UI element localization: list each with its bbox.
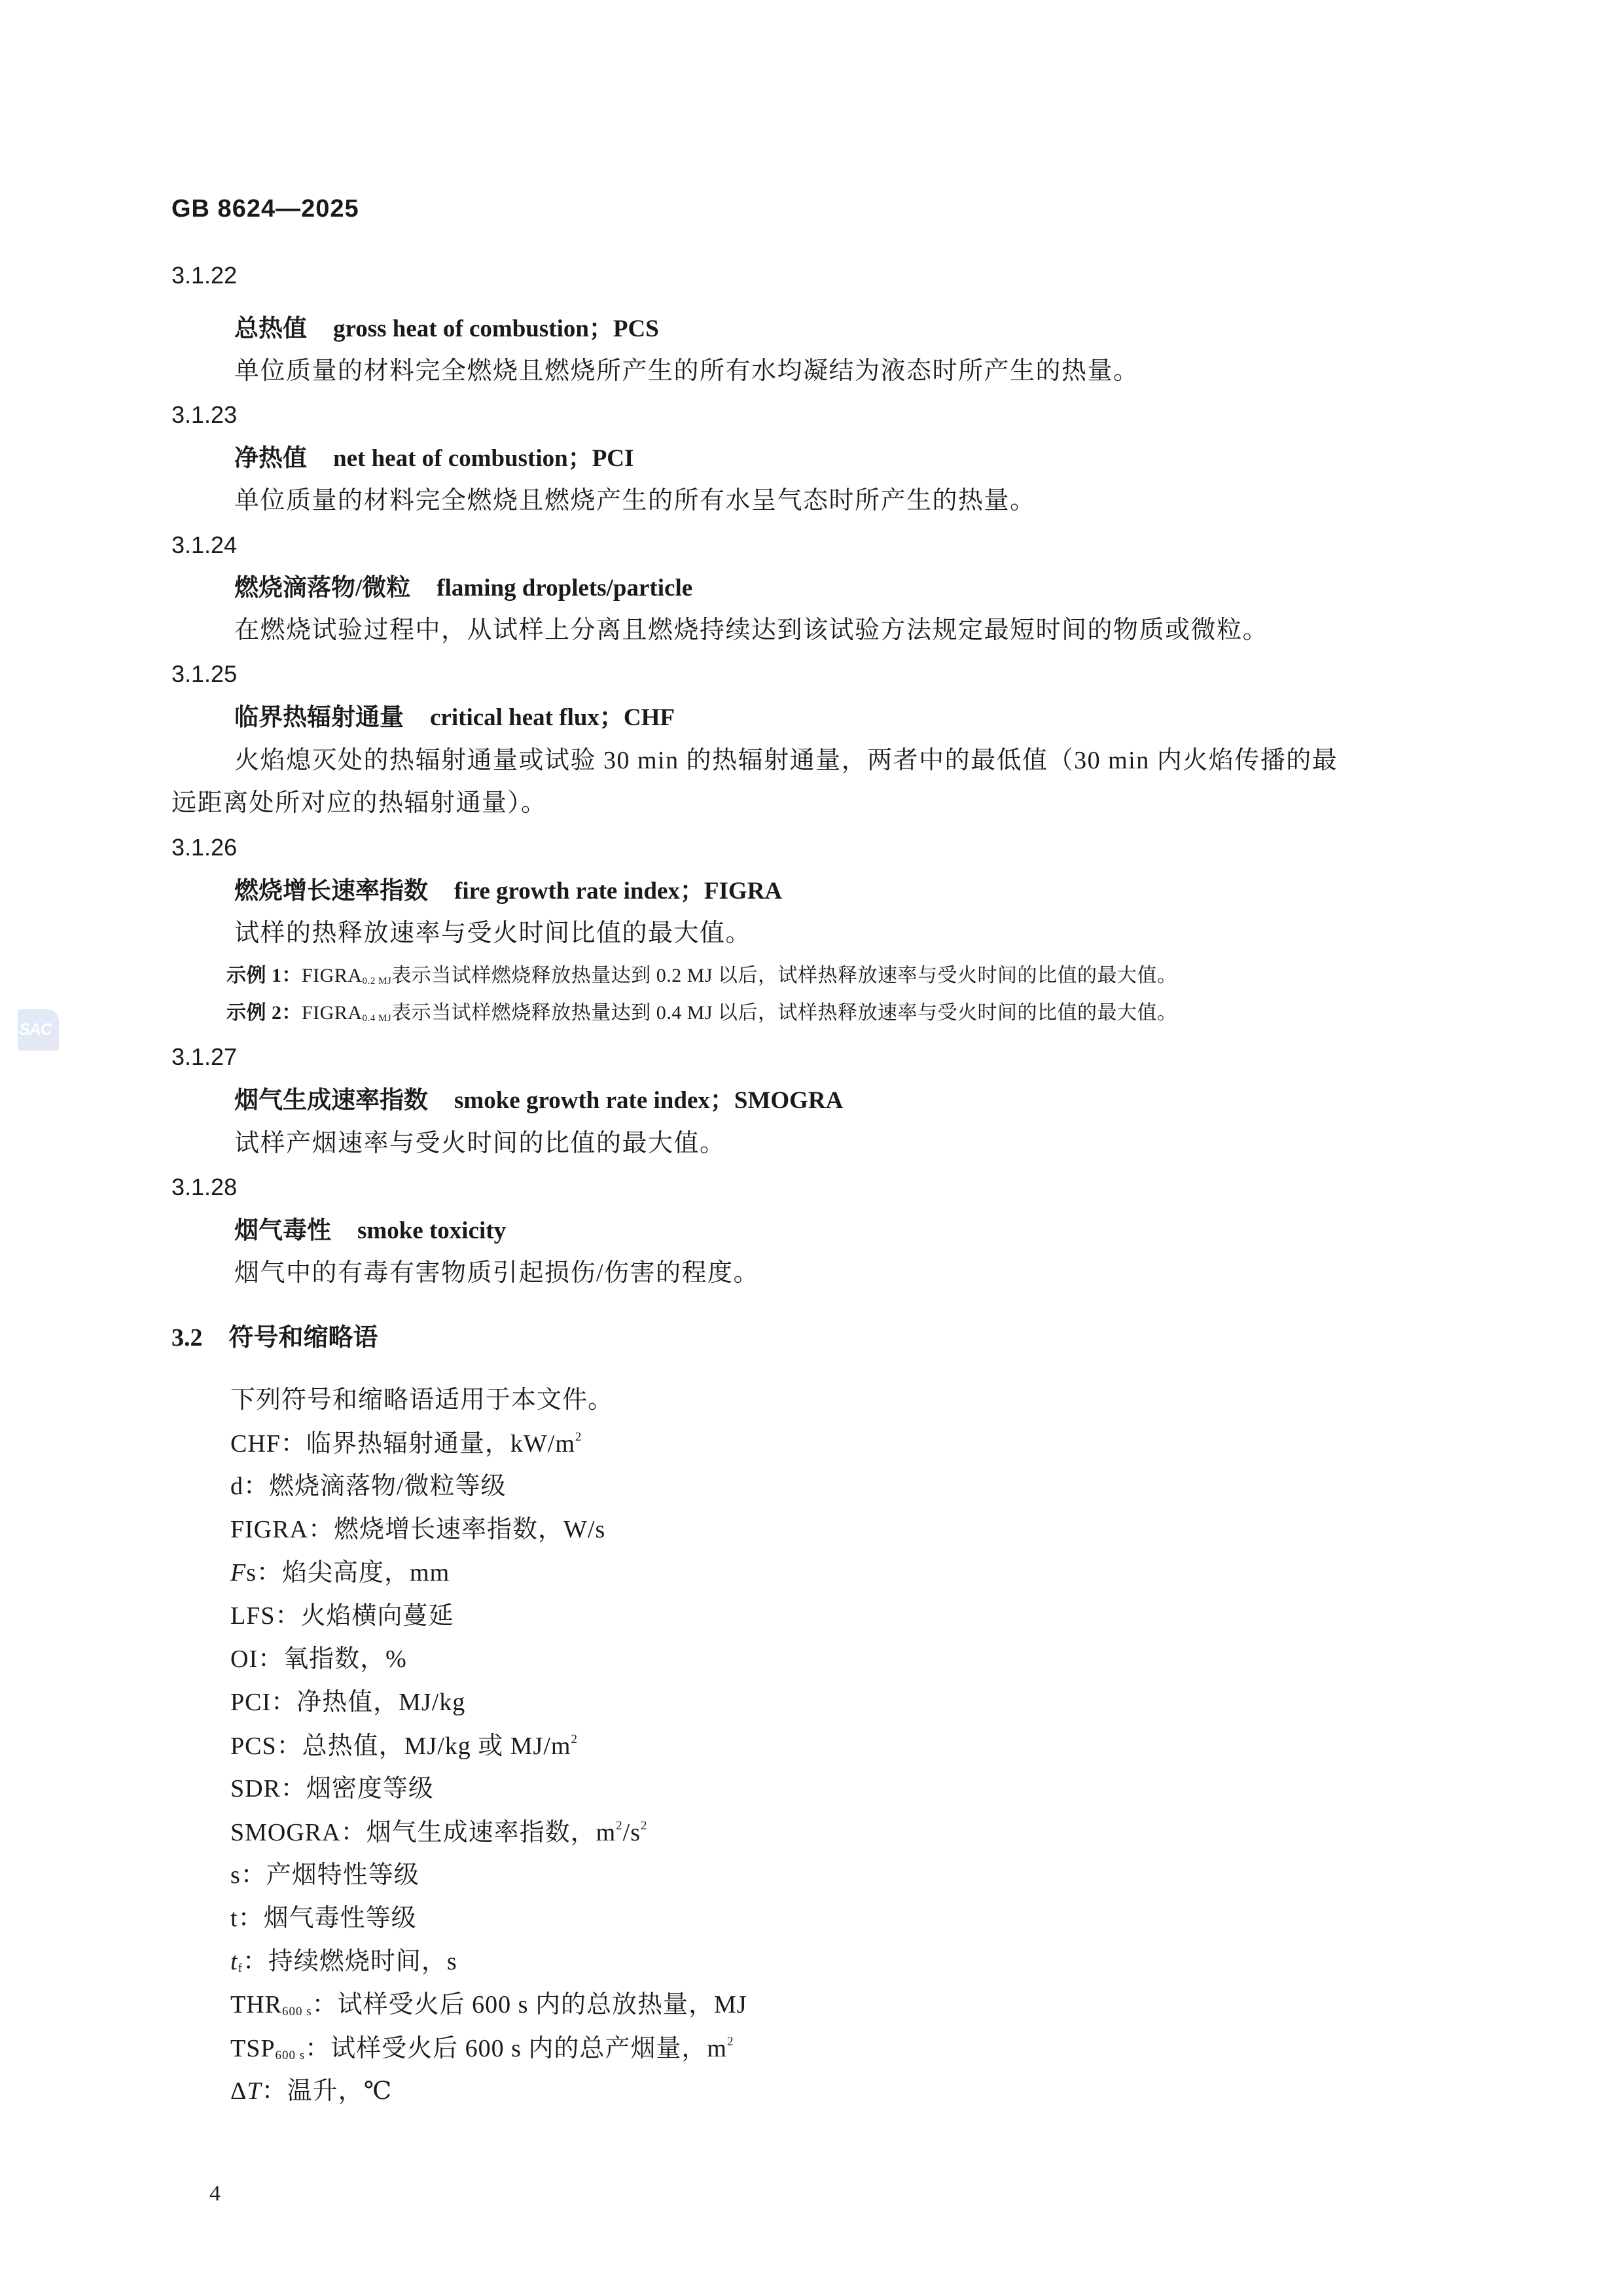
term-number: 3.1.27	[171, 1045, 237, 1069]
term-title: 烟气毒性smoke toxicity	[234, 1219, 506, 1243]
term-number: 3.1.25	[171, 662, 237, 686]
term-number: 3.1.23	[171, 403, 237, 427]
section-heading: 3.2符号和缩略语	[171, 1325, 378, 1350]
term-number: 3.1.26	[171, 836, 237, 859]
symbol-entry: PCS：总热值，MJ/kg 或 MJ/m2	[230, 1733, 578, 1759]
term-title: 燃烧滴落物/微粒flaming droplets/particle	[234, 576, 692, 600]
symbol-entry: SDR：烟密度等级	[230, 1776, 434, 1801]
symbol-entry: s：产烟特性等级	[230, 1863, 419, 1888]
term-number: 3.1.28	[171, 1175, 237, 1199]
symbol-entry: TSP600 s：试样受火后 600 s 内的总产烟量，m2	[230, 2036, 734, 2062]
page-number: 4	[209, 2183, 221, 2205]
symbol-entry: PCI：净热值，MJ/kg	[230, 1690, 465, 1715]
symbol-entry: t：烟气毒性等级	[230, 1906, 417, 1931]
term-title: 总热值gross heat of combustion；PCS	[234, 317, 659, 341]
term-number: 3.1.24	[171, 533, 237, 557]
term-definition: 试样产烟速率与受火时间的比值的最大值。	[234, 1131, 726, 1156]
symbol-entry: ΔT：温升，℃	[230, 2079, 392, 2104]
term-definition: 烟气中的有毒有害物质引起损伤/伤害的程度。	[234, 1261, 759, 1285]
symbol-entry: FIGRA：燃烧增长速率指数，W/s	[230, 1517, 605, 1542]
symbol-entry: d：燃烧滴落物/微粒等级	[230, 1474, 507, 1499]
example-note: 示例 2：FIGRA0.4 MJ表示当试样燃烧释放热量达到 0.4 MJ 以后，…	[226, 1003, 1177, 1024]
term-definition: 火焰熄灭处的热辐射通量或试验 30 min 的热辐射通量，两者中的最低值（30 …	[234, 748, 1338, 773]
section-intro: 下列符号和缩略语适用于本文件。	[230, 1388, 613, 1412]
term-title: 临界热辐射通量critical heat flux；CHF	[234, 706, 675, 730]
term-definition-continued: 远距离处所对应的热辐射通量）。	[171, 791, 547, 816]
symbol-entry: THR600 s：试样受火后 600 s 内的总放热量，MJ	[230, 1992, 747, 2018]
term-definition: 单位质量的材料完全燃烧且燃烧所产生的所有水均凝结为液态时所产生的热量。	[234, 359, 1139, 384]
term-definition: 在燃烧试验过程中，从试样上分离且燃烧持续达到该试验方法规定最短时间的物质或微粒。	[234, 618, 1268, 643]
term-definition: 单位质量的材料完全燃烧且燃烧产生的所有水呈气态时所产生的热量。	[234, 488, 1036, 513]
example-note: 示例 1：FIGRA0.2 MJ表示当试样燃烧释放热量达到 0.2 MJ 以后，…	[226, 966, 1177, 986]
symbol-entry: tf：持续燃烧时间，s	[230, 1949, 457, 1975]
symbol-entry: OI：氧指数，%	[230, 1647, 407, 1672]
term-title: 净热值net heat of combustion；PCI	[234, 446, 633, 471]
term-number: 3.1.22	[171, 264, 237, 287]
symbol-entry: Fs：焰尖高度，mm	[230, 1560, 450, 1585]
sac-watermark-logo: SAC	[18, 1009, 59, 1050]
symbol-entry: LFS：火焰横向蔓延	[230, 1604, 454, 1628]
term-definition: 试样的热释放速率与受火时间比值的最大值。	[234, 921, 751, 946]
symbol-entry: SMOGRA：烟气生成速率指数，m2/s2	[230, 1820, 648, 1845]
standard-id-header: GB 8624—2025	[171, 196, 359, 221]
term-title: 烟气生成速率指数smoke growth rate index；SMOGRA	[234, 1088, 843, 1113]
symbol-entry: CHF：临界热辐射通量，kW/m2	[230, 1431, 582, 1456]
term-title: 燃烧增长速率指数fire growth rate index；FIGRA	[234, 879, 782, 903]
